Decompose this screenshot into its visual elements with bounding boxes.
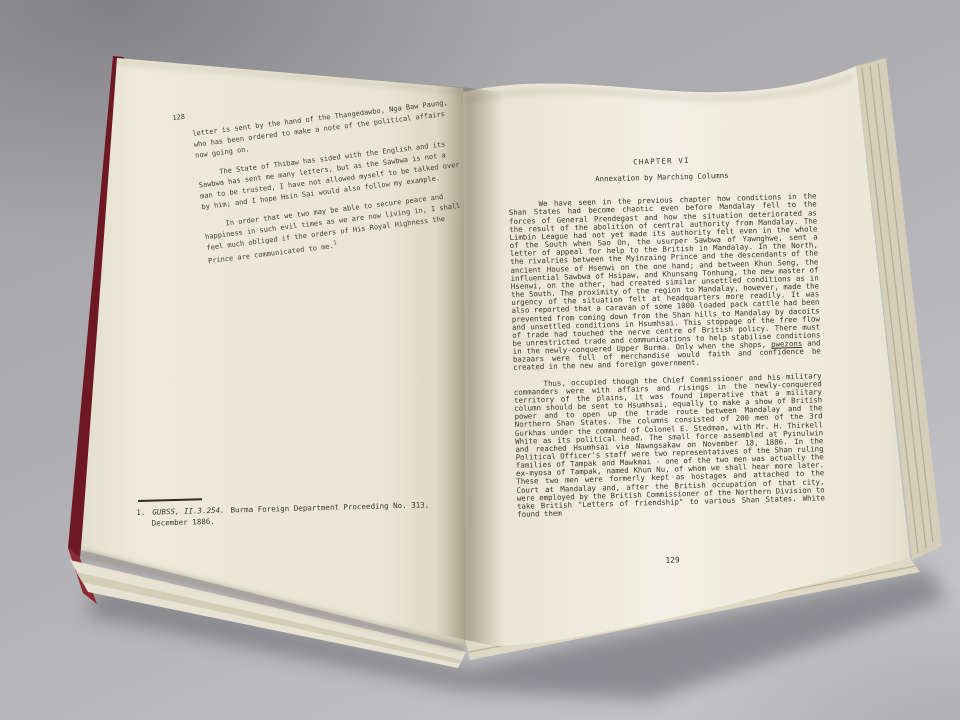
photo-scene: 128 letter is sent by the hand of the Th… [0, 0, 960, 720]
footnote-separator-rule [138, 498, 202, 502]
body-paragraph-2: Thus, occupied though the Chief Commissi… [513, 372, 825, 519]
footnote-reference-mark: 1 [333, 240, 337, 246]
footnote-number: 1. [136, 508, 145, 517]
paragraph-text: We have seen in the previous chapter how… [509, 192, 821, 356]
chapter-heading: CHAPTER VI [507, 153, 815, 170]
chapter-title: Annexation by Marching Columns [508, 170, 816, 187]
right-page-text: CHAPTER VI Annexation by Marching Column… [507, 139, 827, 569]
body-paragraph-1: We have seen in the previous chapter how… [508, 193, 821, 373]
footnote-source-italic: GUBSS, II.3.254. [152, 506, 224, 517]
